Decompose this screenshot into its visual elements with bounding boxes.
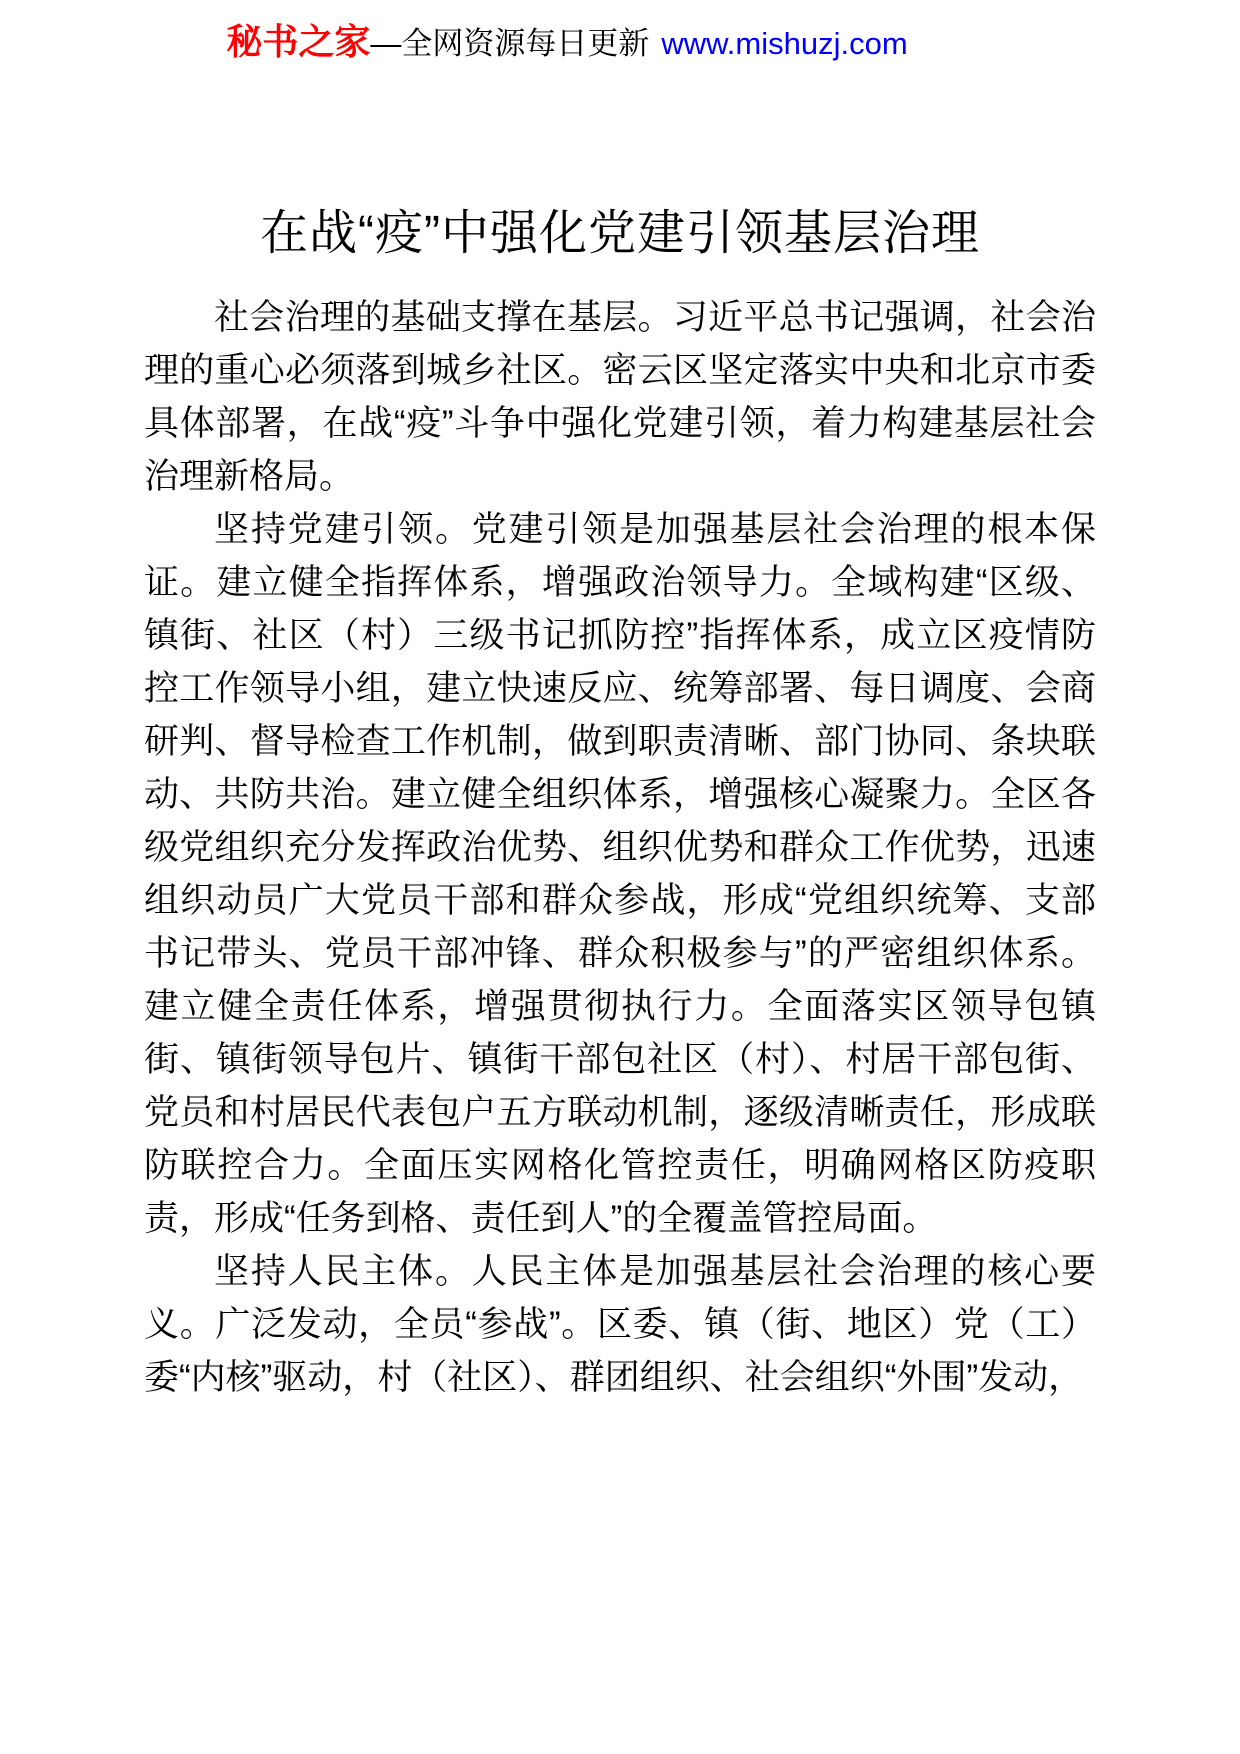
paragraph-party-leadership: 坚持党建引领。党建引领是加强基层社会治理的根本保证。建立健全指挥体系，增强政治领… xyxy=(144,503,1096,1245)
site-banner: 秘书之家—全网资源每日更新www.mishuzj.com xyxy=(0,14,1134,65)
paragraph-people-centered: 坚持人民主体。人民主体是加强基层社会治理的核心要义。广泛发动，全员“参战”。区委… xyxy=(144,1245,1096,1404)
paragraph-intro: 社会治理的基础支撑在基层。习近平总书记强调，社会治理的重心必须落到城乡社区。密云… xyxy=(144,291,1096,503)
site-brand: 秘书之家 xyxy=(226,21,370,62)
document-title: 在战“疫”中强化党建引领基层治理 xyxy=(0,194,1240,263)
document-page: 秘书之家—全网资源每日更新www.mishuzj.com 在战“疫”中强化党建引… xyxy=(0,0,1240,1754)
document-body: 社会治理的基础支撑在基层。习近平总书记强调，社会治理的重心必须落到城乡社区。密云… xyxy=(144,291,1096,1404)
site-tagline: —全网资源每日更新 xyxy=(370,26,649,61)
site-url-link[interactable]: www.mishuzj.com xyxy=(661,26,907,61)
